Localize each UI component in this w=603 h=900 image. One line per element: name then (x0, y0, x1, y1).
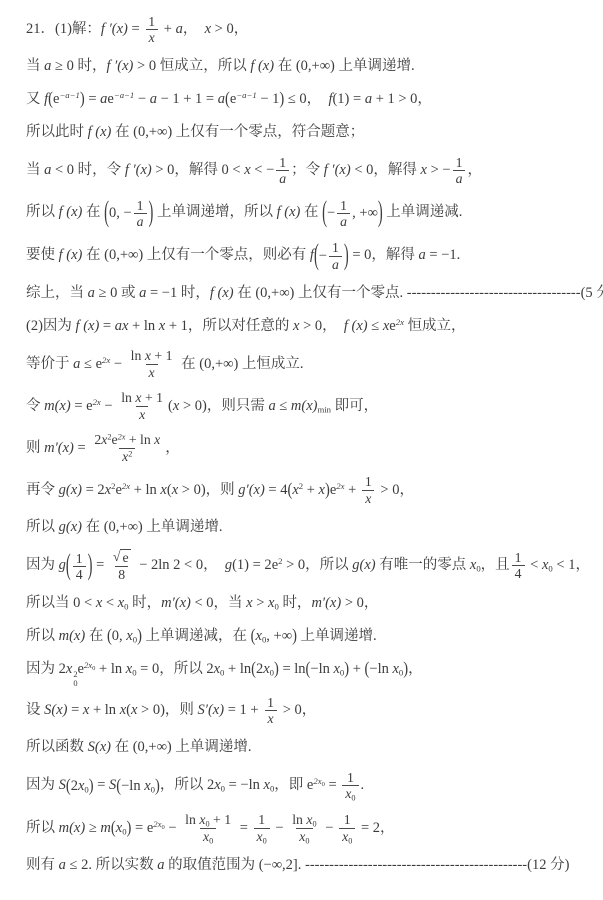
text-run: 所以当 0 < (26, 595, 96, 611)
text-run: > 0， (341, 595, 378, 611)
text-run: 所以 (26, 519, 59, 535)
math-var: x (149, 30, 155, 45)
math-var: g (59, 557, 66, 573)
text-run: 0 (313, 820, 317, 829)
text-run: 在 (0,+∞) 上单调递增. (82, 519, 223, 535)
text-run: − (165, 820, 180, 836)
paren-group: (−1a, +∞) (322, 192, 383, 234)
fraction: 1a (276, 155, 289, 187)
math-var: f (x) (59, 247, 83, 263)
math-var: g (225, 557, 232, 573)
text-run: 在 (0,+∞) 上仅有一个零点，则必有 (82, 247, 310, 263)
text-run: − (327, 205, 335, 221)
text-run: 1 (456, 155, 463, 170)
math-var: m′(x) (161, 595, 191, 611)
text-run: . (361, 777, 365, 793)
text-run: 0, − (109, 205, 132, 221)
math-var: a (419, 247, 426, 263)
text-run: < 0 时，令 (51, 162, 124, 178)
text-run: 2 (128, 449, 132, 458)
text-run: = (94, 777, 109, 793)
text-run: (2)因为 (26, 318, 76, 334)
text-run: 在 (0,+∞) 上仅有一个零点. (234, 285, 407, 301)
text-run: 8 (118, 567, 125, 582)
math-var: f (x) (76, 318, 100, 334)
text-run: < 0，当 (191, 595, 246, 611)
text-run: 1 (148, 14, 155, 29)
text-run: 有唯一的零点 (376, 557, 470, 573)
text-run: 在 (82, 204, 104, 220)
text-run: ≤ (80, 356, 95, 372)
math-var: m(x) (291, 398, 318, 414)
text-run: 0 (348, 836, 352, 845)
text-run: 时， (279, 595, 312, 611)
text-run: 0 (305, 836, 309, 845)
text-run: 1 (279, 155, 286, 170)
text-run: ----------------------------------------… (305, 857, 527, 873)
fraction: 1x (264, 695, 277, 727)
text-run: ------------------------------------ (407, 285, 581, 301)
document-page: 21．(1)解：f ′(x) = 1x + a， x > 0，当 a ≥ 0 时… (0, 0, 603, 900)
math-line-4: 所以此时 f (x) 在 (0,+∞) 上仅有一个零点，符合题意； (26, 116, 587, 149)
text-run: min (318, 404, 332, 414)
text-run: 1 (347, 770, 354, 785)
text-run: , +∞ (352, 205, 378, 221)
text-run: < (102, 595, 117, 611)
text-run: −ln (121, 778, 144, 794)
text-run: 综上，当 (26, 285, 88, 301)
text-run: 要使 (26, 247, 59, 263)
fraction: 1x0 (339, 812, 355, 844)
text-run: 所以 (26, 628, 59, 644)
math-var: f ′(x) (324, 162, 351, 178)
text-run: + ln (89, 702, 119, 718)
math-var: f (x) (59, 204, 83, 220)
fraction: ln x + 1x (128, 348, 176, 380)
text-run: (1) = (332, 91, 364, 107)
text-run: > 0 恒成立，所以 (133, 58, 250, 74)
text-run: 1 (267, 695, 274, 710)
text-run: 所以此时 (26, 124, 88, 140)
math-var: S (59, 777, 66, 793)
math-var: f (x) (344, 318, 368, 334)
text-run: 1 (137, 198, 144, 213)
paren-group: (−ln x0) (116, 765, 160, 807)
text-run: 又 (26, 91, 44, 107)
text-run: 1 (515, 550, 522, 565)
text-run: = (131, 820, 146, 836)
text-run: 因为 2 (26, 661, 66, 677)
text-run: ln (131, 348, 145, 363)
text-run: 上单调递增. (297, 628, 377, 644)
text-run: 因为 (26, 557, 59, 573)
text-run: (5 分) (581, 285, 603, 301)
math-var: 2x (122, 481, 130, 491)
math-var: ax (115, 318, 129, 334)
text-run: 1 (365, 474, 372, 489)
math-var: f (x) (210, 285, 234, 301)
text-run: 1 (340, 198, 347, 213)
math-var: a (137, 214, 144, 229)
text-run: ，即 (274, 777, 307, 793)
text-run: 上单调递减，在 (142, 628, 251, 644)
math-var: x (268, 711, 274, 726)
text-run: = (92, 557, 107, 573)
text-run: + (349, 661, 364, 677)
text-run: ≥ 0 时， (51, 58, 106, 74)
text-run: + 1 (151, 348, 173, 363)
math-line-12: 则 m′(x) = 2x2e2x + ln xx2， (26, 427, 587, 469)
fraction: 1x (362, 474, 375, 506)
text-run: 在 (300, 204, 322, 220)
text-run: + ln (224, 661, 251, 677)
text-run: 4 (76, 567, 83, 582)
paren-group: (−ln x0) (365, 653, 409, 686)
text-run: = (99, 318, 114, 334)
text-run: < (527, 557, 542, 573)
text-run: = ln (279, 661, 306, 677)
text-run: + ln (95, 661, 125, 677)
math-var: −a−1 (236, 90, 256, 100)
text-run: 1 (344, 812, 351, 827)
text-run: 1 (332, 240, 339, 255)
text-run: > 0， (377, 482, 414, 498)
paren-group: (−ln x0) (306, 653, 350, 686)
math-line-11: 令 m(x) = e2x − ln x + 1x(x > 0)，则只需 a ≤ … (26, 385, 587, 427)
paren-group: (−1a) (314, 235, 349, 277)
math-var: m(x) (59, 628, 86, 644)
text-run: 所以函数 (26, 739, 88, 755)
math-line-22: 所以 m(x) ≥ m(x0) = e2x0 − ln x0 + 1x0 = 1… (26, 807, 587, 850)
text-run: 则 (26, 440, 44, 456)
text-run: > 0)，则 (137, 702, 197, 718)
text-run: > − (427, 162, 451, 178)
text-run: + (344, 482, 359, 498)
math-var: S (109, 777, 116, 793)
text-run: = 2， (357, 820, 394, 836)
text-run: > 0，所以 (282, 557, 352, 573)
math-var: f (x) (277, 204, 301, 220)
text-run: 所以 (26, 204, 59, 220)
text-run: 则有 (26, 857, 59, 873)
text-run: 在 (85, 628, 107, 644)
fraction: 1a (329, 240, 342, 272)
text-run: − (272, 820, 287, 836)
text-run: ， (165, 440, 180, 456)
text-run: = −1. (426, 247, 460, 263)
text-run: = −1 时， (146, 285, 209, 301)
text-run: − (322, 820, 337, 836)
text-run: ；令 (291, 162, 324, 178)
math-line-13: 再令 g(x) = 2x2e2x + ln x(x > 0)，则 g′(x) =… (26, 469, 587, 512)
math-var: m′(x) (44, 440, 74, 456)
math-line-7: 要使 f (x) 在 (0,+∞) 上仅有一个零点，则必有 f(−1a) = 0… (26, 234, 587, 277)
math-var: m(x) (59, 820, 86, 836)
paren-group: (2x0) (66, 765, 94, 807)
text-run: ln (292, 812, 306, 827)
math-var: f (x) (250, 58, 274, 74)
text-run: = (325, 777, 340, 793)
paren-group: (14) (66, 545, 93, 587)
text-run: 等价于 (26, 356, 73, 372)
math-var: x (149, 365, 155, 380)
text-run: 当 (26, 162, 44, 178)
text-run: 0 (73, 679, 77, 688)
text-run: ln (185, 812, 199, 827)
text-run: e (122, 550, 128, 565)
text-run: + 1，所以对任意的 (165, 318, 293, 334)
text-run: 时， (128, 595, 161, 611)
math-var: −a−1 (114, 90, 134, 100)
math-line-15: 因为 g(14) = √e8 − 2ln 2 < 0， g(1) = 2e2 >… (26, 544, 587, 587)
text-run: 0, (112, 628, 127, 644)
text-run: ≤ 0， (284, 91, 328, 107)
math-line-10: 等价于 a ≤ e2x − ln x + 1x 在 (0,+∞) 上恒成立. (26, 343, 587, 385)
math-var: a (268, 398, 275, 414)
math-line-14: 所以 g(x) 在 (0,+∞) 上单调递增. (26, 511, 587, 544)
fraction: ln x0 + 1x0 (182, 812, 234, 844)
math-var: 2x (84, 660, 92, 670)
text-run: 在 (0,+∞) 上恒成立. (177, 356, 303, 372)
text-run: − 2ln 2 < 0， (136, 557, 225, 573)
math-var: a (176, 21, 183, 37)
text-run: −ln (310, 661, 333, 677)
fraction: ln x + 1x (118, 390, 166, 422)
text-run: = (67, 702, 82, 718)
math-var: a (218, 91, 225, 107)
math-line-1: 21．(1)解：f ′(x) = 1x + a， x > 0， (26, 8, 587, 50)
math-var: g(x) (352, 557, 375, 573)
math-line-20: 所以函数 S(x) 在 (0,+∞) 上单调递增. (26, 731, 587, 764)
text-run: 令 (26, 398, 44, 414)
text-run: = 0，解得 (349, 247, 419, 263)
text-run: 在 (0,+∞) 上仅有一个零点，符合题意； (111, 124, 364, 140)
math-var: S(x) (44, 702, 67, 718)
fraction: 1x0 (254, 812, 270, 844)
math-line-19: 设 S(x) = x + ln x(x > 0)，则 S′(x) = 1 + 1… (26, 689, 587, 731)
text-run: ≥ (85, 820, 100, 836)
text-run: = 0，所以 2 (137, 661, 214, 677)
text-run: 4 (515, 566, 522, 581)
text-run: + (303, 482, 318, 498)
math-var: m(x) (44, 398, 71, 414)
math-var: x (154, 432, 160, 447)
text-run: = 4 (265, 482, 288, 498)
math-var: a (279, 171, 286, 186)
text-run: ≤ 2. 所以实数 (66, 857, 157, 873)
math-var: x (365, 491, 371, 506)
text-run: − (134, 91, 149, 107)
math-line-9: (2)因为 f (x) = ax + ln x + 1，所以对任意的 x > 0… (26, 310, 587, 343)
fraction: 2x2e2x + ln xx2 (91, 432, 163, 464)
text-run: 1 (258, 812, 265, 827)
math-var: f (x) (88, 124, 112, 140)
text-run: , +∞ (266, 628, 292, 644)
math-line-21: 因为 S(2x0) = S(−ln x0)，所以 2x0 = −ln x0，即 … (26, 764, 587, 807)
math-line-8: 综上，当 a ≥ 0 或 a = −1 时，f (x) 在 (0,+∞) 上仅有… (26, 277, 587, 310)
text-run: − (110, 356, 125, 372)
text-run: ln (121, 390, 135, 405)
text-run: ， (408, 661, 423, 677)
text-run: = 1 + (224, 702, 262, 718)
text-run: = (128, 21, 143, 37)
text-run: −ln (369, 661, 392, 677)
text-run: ，所以 2 (160, 777, 214, 793)
text-run: (1) = 2 (232, 557, 272, 573)
text-run: 恒成立， (404, 318, 466, 334)
math-line-2: 当 a ≥ 0 时，f ′(x) > 0 恒成立，所以 f (x) 在 (0,+… (26, 50, 587, 83)
text-run: 因为 (26, 777, 59, 793)
text-run: + ln (130, 482, 160, 498)
fraction: ln x0x0 (289, 812, 319, 844)
math-var: −a−1 (59, 90, 79, 100)
text-run: = (71, 398, 86, 414)
text-run: 在 (0,+∞) 上单调递增. (111, 739, 252, 755)
text-run: 上单调递增，所以 (153, 204, 276, 220)
math-var: m (100, 820, 110, 836)
text-run: 即可， (331, 398, 378, 414)
text-run: > 0，解得 0 < (152, 162, 244, 178)
math-var: x (139, 407, 145, 422)
text-run: = −ln (225, 777, 264, 793)
math-var: 2x (313, 776, 321, 786)
text-run: 在 (0,+∞) 上单调递增. (274, 58, 415, 74)
text-run: > 0， (279, 702, 316, 718)
math-var: 2x (396, 317, 404, 327)
text-run: ，且 (481, 557, 510, 573)
math-var: f ′(x) (101, 21, 128, 37)
text-run: − 1 (257, 91, 280, 107)
math-var: a (59, 857, 66, 873)
text-run: > (253, 595, 268, 611)
text-run: < 0，解得 (351, 162, 421, 178)
text-run: + 1 (142, 390, 164, 405)
math-var: m′(x) (311, 595, 341, 611)
math-var: a (332, 257, 339, 272)
fraction: √e8 (110, 549, 134, 582)
text-run: ≥ 0 或 (95, 285, 139, 301)
text-run: ， (183, 21, 205, 37)
text-run: 当 (26, 58, 44, 74)
paren-group: (0, x0) (107, 620, 142, 653)
text-run: 设 (26, 702, 44, 718)
text-run: 上单调递减. (383, 204, 463, 220)
math-var: S′(x) (198, 702, 225, 718)
math-line-5: 当 a < 0 时，令 f ′(x) > 0，解得 0 < x < −1a；令 … (26, 149, 587, 191)
math-var: x (66, 661, 72, 677)
text-run: > 0， (299, 318, 343, 334)
text-run: 21．(1)解： (26, 21, 101, 37)
fraction: 14 (73, 551, 86, 583)
text-run: = (74, 440, 89, 456)
math-var: 2x (102, 355, 110, 365)
text-run: + 1 > 0， (372, 91, 432, 107)
text-run: + ln (125, 432, 154, 447)
math-var: g′(x) (238, 482, 265, 498)
fraction: 1a (453, 155, 466, 187)
paren-group: (0, −1a) (104, 192, 153, 234)
fraction: 14 (512, 550, 525, 582)
text-run: 2 (71, 778, 78, 794)
paren-group: (e−a−1 − 1) (225, 83, 284, 116)
text-run: > 0)，则只需 (179, 398, 268, 414)
fraction: 1x (145, 14, 158, 46)
math-var: a (88, 285, 95, 301)
text-run: (12 分) (527, 857, 569, 873)
text-run: 0 (209, 836, 213, 845)
text-run: + 1 (210, 812, 232, 827)
math-var: S(x) (88, 739, 111, 755)
math-line-18: 因为 2x20e2x0 + ln x0 = 0，所以 2x0 + ln(2x0)… (26, 653, 587, 689)
text-run: ， (467, 162, 482, 178)
text-run: 的取值范围为 (−∞,2]. (164, 857, 305, 873)
sqrt-radical: √e (113, 549, 131, 565)
text-run: 所以 (26, 820, 59, 836)
text-run: = (236, 820, 251, 836)
math-line-3: 又 f(e−a−1) = ae−a−1 − a − 1 + 1 = a(e−a−… (26, 83, 587, 116)
text-run: ≤ (368, 318, 383, 334)
paren-group: (x2 + x) (287, 469, 329, 511)
text-run: > 0)，则 (178, 482, 238, 498)
solution-document: 21．(1)解：f ′(x) = 1x + a， x > 0，当 a ≥ 0 时… (26, 8, 587, 882)
text-run: > 0， (211, 21, 248, 37)
text-run: = 2 (82, 482, 105, 498)
text-run: 1 (76, 551, 83, 566)
math-var: g(x) (59, 482, 82, 498)
math-var: a (456, 171, 463, 186)
text-run: 0 (351, 794, 355, 803)
math-var: 2x (93, 397, 101, 407)
text-run: = (85, 91, 100, 107)
text-run: < 1， (553, 557, 590, 573)
text-run: < − (251, 162, 275, 178)
paren-group: (e−a−1) (48, 83, 85, 116)
paren-group: (2x0) (251, 653, 279, 686)
fraction: 1x0 (342, 770, 358, 802)
paren-group: (x0) (111, 807, 131, 849)
text-run: − (101, 398, 116, 414)
text-run: + (160, 21, 175, 37)
text-run: 再令 (26, 482, 59, 498)
math-var: f ′(x) (106, 58, 133, 74)
math-var: a (150, 91, 157, 107)
math-line-6: 所以 f (x) 在 (0, −1a) 上单调递增，所以 f (x) 在 (−1… (26, 191, 587, 234)
math-var: a (365, 91, 372, 107)
fraction: 1a (134, 198, 147, 230)
text-run: ≤ (276, 398, 291, 414)
text-run: 0 (263, 836, 267, 845)
text-run: + ln (128, 318, 158, 334)
text-run: − 1 + 1 = (157, 91, 218, 107)
